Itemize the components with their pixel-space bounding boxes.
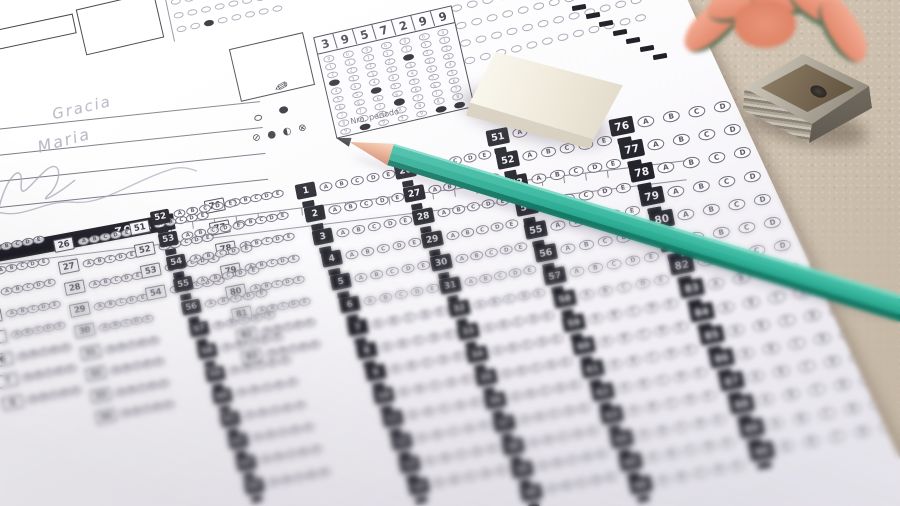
bubble-letter: E: [865, 376, 871, 385]
question-number-cell: 58: [196, 343, 217, 360]
answer-bubble: E: [294, 400, 307, 410]
id-digit: 2: [407, 54, 411, 59]
bubble-letter: E: [518, 244, 523, 251]
bubble-letter: D: [819, 334, 826, 343]
bubble-letter: D: [36, 281, 41, 288]
bubble-letter: D: [639, 280, 645, 288]
answer-bubble: B: [662, 110, 681, 124]
id-digit-bubble: 1: [363, 53, 375, 62]
bubble-letter: C: [543, 387, 548, 394]
question-number-cell: 28: [412, 207, 435, 226]
answer-bubble: C: [269, 405, 282, 415]
bubble-letter: A: [271, 479, 276, 485]
bubble-letter: D: [457, 402, 463, 409]
bubble-letter: C: [390, 268, 395, 275]
id-digit: 7: [416, 95, 420, 100]
answer-bubble: E: [869, 396, 888, 410]
bubble-letter: D: [440, 356, 446, 363]
answer-bubble: C: [222, 271, 235, 281]
photo-scene: 3957299 00000001111111222222233333334444…: [0, 0, 900, 506]
bubble-letter: E: [36, 236, 41, 242]
answer-bubble: C: [529, 362, 543, 373]
answer-bubble: C: [230, 293, 243, 303]
bubble-letter: C: [264, 237, 269, 243]
bubble-letter: A: [549, 485, 554, 492]
answer-bubble: E: [595, 449, 609, 460]
id-digit-bubble: 4: [444, 60, 456, 69]
bubble-letter: C: [257, 362, 262, 368]
answer-bubble: E: [681, 344, 698, 356]
id-digit: 4: [391, 75, 395, 80]
bubble-letter: B: [678, 473, 684, 481]
bubble: [201, 5, 212, 13]
bubble-letter: E: [795, 213, 801, 222]
id-digit: 6: [414, 87, 418, 92]
id-digit: 4: [410, 71, 414, 76]
bubble: [170, 0, 181, 6]
answer-bubble: E: [710, 414, 727, 426]
bubble-letter: E: [696, 369, 702, 377]
answer-bubble: D: [508, 267, 522, 278]
answer-bubble: E: [849, 350, 868, 364]
bubble-letter: B: [229, 320, 234, 326]
bubble-letter: D: [630, 257, 636, 265]
bubble-letter: D: [270, 360, 275, 367]
bubble-letter: D: [293, 427, 298, 434]
small-bubble-grid: [165, 0, 290, 42]
answer-bubble: C: [697, 128, 716, 142]
id-digit-bubble: 0: [342, 50, 354, 59]
answer-bubble: E: [53, 320, 66, 330]
bubble-letter: A: [583, 291, 589, 299]
id-digit-bubble: 1: [420, 40, 432, 49]
answer-bubble: E: [514, 242, 528, 253]
answer-bubble: E: [69, 385, 82, 395]
bubble-letter: B: [97, 257, 102, 263]
answer-bubble: B: [361, 247, 375, 258]
answer-bubble: A: [397, 386, 411, 397]
id-digit-bubble: 2: [402, 53, 414, 62]
answer-bubble: B: [264, 430, 277, 440]
bubble-letter: A: [631, 407, 637, 415]
answer-bubble: E: [263, 310, 276, 320]
answer-bubble: E: [271, 333, 284, 343]
bubble-letter: B: [190, 208, 195, 214]
bubble-letter: C: [234, 295, 239, 301]
bubble-letter: D: [512, 269, 518, 276]
question-number-cell: 6: [0, 351, 13, 368]
answer-bubble: D: [273, 380, 286, 390]
question-number-cell: 60: [571, 336, 596, 356]
answer-bubble: B: [792, 411, 811, 425]
bubble-letter: E: [599, 451, 604, 458]
bubble-letter: D: [566, 407, 572, 414]
bubble-letter: C: [249, 340, 254, 346]
answer-bubble: D: [682, 394, 699, 406]
answer-bubble: B: [451, 204, 465, 215]
bubble-letter: A: [247, 412, 252, 418]
id-digit-bubble: 4: [406, 69, 418, 78]
bubble-letter: D: [215, 203, 220, 210]
answer-bubble: A: [455, 253, 469, 264]
answer-bubble: E: [239, 243, 252, 253]
bubble-letter: B: [259, 261, 264, 267]
bubble-letter: A: [4, 288, 9, 294]
bubble-letter: B: [129, 386, 134, 392]
bubble-letter: B: [768, 344, 775, 353]
answer-bubble: B: [514, 365, 528, 376]
chain-connector: [415, 496, 427, 504]
question-number-cell: 29: [421, 230, 444, 249]
question-number-cell: 40: [520, 483, 543, 502]
answer-bubble: D: [753, 192, 772, 206]
handwritten-digit: 9: [431, 6, 455, 27]
bubble-letter: C: [145, 405, 150, 411]
answer-bubble: D: [587, 162, 604, 174]
answer-bubble: A: [388, 364, 402, 375]
id-digit-bubble: 7: [412, 93, 424, 102]
answer-bubble: E: [700, 390, 717, 402]
marking-symbol: ◐: [282, 125, 293, 138]
bubble-letter: C: [424, 360, 429, 367]
id-digit-bubble: 5: [370, 86, 382, 95]
id-digit: 0: [327, 56, 331, 61]
bubble-letter: E: [611, 161, 617, 169]
question-number-cell: 30: [430, 253, 453, 272]
bubble-letter: D: [25, 238, 30, 245]
bubble-letter: E: [283, 357, 288, 363]
bubble-letter: C: [649, 353, 655, 361]
bubble: [466, 0, 478, 9]
answer-bubble: E: [719, 437, 736, 449]
bubble-letter: C: [129, 341, 134, 347]
bubble-letter: E: [775, 167, 781, 176]
bubble-letter: C: [288, 452, 293, 458]
bubble-letter: E: [482, 422, 487, 429]
bubble-letter: A: [712, 279, 719, 288]
id-digit-bubble: 8: [414, 101, 426, 110]
id-digit-bubble: 3: [385, 65, 397, 74]
bubble-letter: A: [25, 374, 30, 380]
answer-bubble: B: [742, 295, 761, 309]
answer-bubble: A: [380, 341, 394, 352]
bubble-letter: A: [486, 324, 491, 331]
question-number-cell: 87: [718, 371, 745, 392]
bubble-letter: E: [554, 336, 559, 343]
bubble-letter: C: [734, 200, 741, 209]
answer-bubble: A: [196, 276, 209, 286]
answer-bubble: C: [206, 226, 219, 236]
bubble-letter: D: [719, 102, 726, 111]
bubble-letter: A: [602, 338, 608, 346]
answer-bubble: E: [297, 296, 310, 306]
empty-bubble-example: [254, 114, 263, 122]
id-digit: 4: [429, 66, 433, 71]
question-number-cell: 56: [181, 298, 202, 315]
answer-bubble: B: [505, 342, 519, 353]
answer-bubble: B: [193, 228, 206, 238]
question-number-cell: 52: [134, 241, 156, 258]
bubble-letter: A: [772, 419, 779, 428]
bubble: [242, 0, 253, 5]
answer-bubble: A: [423, 455, 437, 466]
bubble-letter: D: [584, 453, 590, 460]
answer-bubble: E: [839, 327, 858, 341]
question-number-cell: 57: [189, 321, 210, 338]
id-digit: 0: [384, 43, 388, 48]
answer-bubble: D: [710, 464, 727, 476]
answer-bubble: C: [777, 313, 796, 327]
bubble-letter: A: [107, 345, 112, 351]
answer-bubble: D: [383, 218, 397, 229]
bubble-letter: D: [466, 425, 472, 432]
bubble-letter: A: [30, 395, 35, 401]
bubble-letter: A: [459, 255, 464, 262]
id-digit: 3: [351, 76, 355, 81]
answer-bubble: B: [559, 480, 573, 491]
answer-bubble: C: [682, 444, 699, 456]
bubble-letter: C: [697, 469, 703, 477]
bubble-letter: E: [322, 469, 327, 475]
answer-bubble: E: [278, 355, 291, 365]
answer-bubble: C: [687, 105, 706, 119]
question-number-cell: 4: [321, 250, 343, 269]
answer-bubble: B: [702, 202, 721, 216]
answer-bubble: D: [490, 221, 504, 232]
answer-bubble: E: [605, 158, 622, 170]
bubble-letter: A: [540, 462, 545, 469]
answer-bubble: A: [706, 277, 725, 291]
id-digit: 0: [441, 30, 445, 35]
answer-bubble: B: [439, 452, 453, 463]
bubble-letter: C: [744, 223, 751, 232]
bubble-letter: B: [659, 427, 665, 435]
id-digit-bubble: 6: [410, 85, 422, 94]
bubble: [533, 1, 545, 10]
bubble-letter: B: [501, 321, 506, 328]
id-digit-bubble: 9: [416, 109, 428, 118]
bubble-letter: A: [123, 410, 128, 416]
question-number-cell: 63: [235, 455, 256, 472]
bubble-letter: B: [118, 343, 123, 349]
bubble-letter: E: [228, 200, 233, 206]
answer-bubble: C: [245, 338, 258, 348]
bubble-letter: D: [134, 317, 139, 324]
bubble-letter: E: [658, 277, 664, 285]
answer-bubble: E: [577, 403, 591, 414]
question-number-cell: 58: [552, 289, 577, 309]
bubble-letter: D: [156, 403, 161, 410]
answer-bubble: C: [787, 337, 806, 351]
question-number-cell: 35: [475, 368, 498, 387]
answer-bubble: D: [499, 244, 513, 255]
answer-bubble: B: [240, 363, 253, 373]
answer-bubble: A: [371, 318, 385, 329]
id-digit: 1: [386, 51, 390, 56]
bubble-letter: C: [124, 319, 129, 325]
question-number-cell: 53: [139, 262, 161, 279]
answer-bubble: A: [635, 428, 652, 440]
bubble-letter: E: [687, 346, 693, 354]
id-digit: 7: [435, 91, 439, 96]
bubble-letter: D: [296, 321, 301, 328]
bubble-letter: A: [216, 322, 221, 328]
answer-bubble: D: [211, 201, 224, 211]
answer-bubble: E: [282, 231, 295, 241]
bubble-letter: A: [200, 277, 205, 283]
answer-bubble: E: [32, 234, 45, 244]
bubble-letter: C: [280, 302, 285, 308]
bubble-letter: C: [516, 318, 521, 325]
bubble-letter: B: [283, 477, 288, 483]
id-digit-bubble: 3: [423, 56, 435, 65]
answer-bubble: E: [141, 313, 154, 323]
bubble-letter: B: [546, 436, 551, 443]
answer-bubble: E: [37, 256, 50, 266]
pencil-wood-cone: [346, 131, 395, 166]
question-number-cell: 10: [373, 387, 395, 406]
answer-bubble: D: [853, 424, 872, 438]
answer-bubble: C: [615, 282, 632, 294]
answer-bubble: B: [334, 178, 348, 189]
answer-bubble: E: [662, 298, 679, 310]
bubble-letter: D: [396, 242, 402, 249]
id-digit-bubble: 1: [401, 45, 413, 54]
answer-bubble: A: [181, 231, 194, 241]
answer-bubble: E: [48, 299, 61, 309]
answer-row: 64ABCDE: [243, 464, 331, 494]
bubble: [173, 11, 184, 19]
answer-bubble: E: [550, 334, 564, 345]
answer-bubble: A: [500, 368, 514, 379]
bubble-letter: D: [57, 367, 62, 374]
answer-bubble: E: [541, 311, 555, 322]
bubble-letter: D: [658, 327, 664, 335]
id-digit: 6: [357, 100, 361, 105]
answer-bubble: B: [587, 262, 604, 274]
question-number-cell: 90: [748, 440, 775, 461]
answer-bubble: D: [258, 335, 271, 345]
answer-bubble: B: [625, 355, 642, 367]
bubble-letter: E: [286, 233, 291, 239]
bubble-letter: C: [20, 262, 25, 268]
question-number-cell: 13: [399, 455, 421, 474]
bubble-letter: E: [430, 285, 435, 292]
bubble-letter: B: [14, 285, 19, 291]
answer-bubble: D: [634, 278, 651, 290]
bubble-letter: B: [253, 239, 258, 245]
answer-row: 34ABCDE: [95, 397, 176, 425]
bubble-letter: C: [534, 364, 539, 371]
id-digit: 3: [427, 58, 431, 63]
bubble-letter: E: [438, 308, 443, 315]
id-digit-bubble: 0: [418, 32, 430, 41]
answer-bubble: A: [597, 335, 614, 347]
bubble-letter: D: [254, 315, 259, 322]
answer-bubble: D: [763, 216, 782, 230]
bubble-letter: C: [784, 316, 791, 325]
bubble-letter: E: [298, 402, 303, 408]
bubble-letter: E: [404, 217, 409, 224]
answer-bubble: D: [733, 146, 752, 160]
bubble-letter: E: [244, 245, 249, 251]
answer-bubble: A: [406, 409, 420, 420]
id-digit: 0: [422, 34, 426, 39]
bubble-letter: A: [358, 274, 363, 281]
id-digit-bubble: 3: [366, 70, 378, 79]
answer-bubble: C: [455, 449, 469, 460]
question-number-cell: 34: [95, 408, 117, 425]
bubble-letter: C: [372, 223, 377, 230]
answer-bubble: E: [276, 210, 289, 220]
answer-bubble: A: [616, 382, 633, 394]
bubble: [486, 13, 498, 22]
bubble-letter: D: [839, 381, 846, 390]
bubble-letter: D: [593, 476, 599, 483]
bubble-letter: B: [409, 363, 414, 370]
answer-bubble: A: [235, 388, 248, 398]
answer-bubble: B: [413, 383, 427, 394]
bubble-letter: B: [678, 135, 685, 144]
bubble-letter: C: [442, 405, 447, 412]
id-digit: 1: [443, 38, 447, 43]
bubble-letter: A: [263, 457, 268, 463]
answer-bubble: C: [359, 198, 373, 209]
bubble: [482, 0, 494, 5]
bubble-letter: D: [557, 384, 563, 391]
bubble-letter: D: [649, 303, 655, 311]
chain-connector: [636, 494, 649, 502]
answer-bubble: A: [251, 432, 264, 442]
answer-bubble: E: [146, 335, 159, 345]
question-number-cell: 32: [85, 365, 107, 382]
bubble-letter: C: [36, 326, 41, 332]
bubble-letter: B: [778, 367, 785, 376]
answer-bubble: E: [859, 373, 878, 387]
bubble-letter: D: [41, 303, 46, 310]
bubble-letter: D: [749, 172, 756, 181]
answer-bubble: A: [354, 272, 368, 283]
bubble-letter: E: [314, 447, 319, 453]
answer-bubble: E: [162, 399, 175, 409]
bubble-letter: C: [774, 293, 781, 302]
bubble-letter: C: [621, 284, 627, 292]
answer-bubble: B: [672, 133, 691, 147]
answer-bubble: C: [368, 221, 382, 232]
bubble-letter: B: [374, 271, 379, 278]
answer-bubble: A: [227, 365, 240, 375]
bubble-letter: B: [41, 393, 46, 399]
answer-bubble: E: [43, 277, 56, 287]
bubble-letter: B: [243, 196, 248, 202]
answer-bubble: B: [644, 401, 661, 413]
bubble-letter: D: [475, 448, 481, 455]
bubble: [497, 0, 509, 1]
bubble-letter: A: [97, 302, 102, 308]
bubble-letter: D: [145, 360, 150, 367]
answer-bubble: D: [580, 451, 594, 462]
question-number-cell: 61: [580, 359, 605, 379]
bubble-letter: A: [239, 389, 244, 395]
bubble-letter: D: [285, 278, 290, 285]
answer-bubble: C: [691, 467, 708, 479]
bubble-letter: D: [301, 343, 306, 350]
id-digit: 5: [336, 96, 340, 101]
bubble-letter: C: [25, 283, 30, 289]
answer-bubble: D: [526, 313, 540, 324]
id-digit: 8: [418, 103, 422, 108]
answer-bubble: E: [64, 363, 77, 373]
